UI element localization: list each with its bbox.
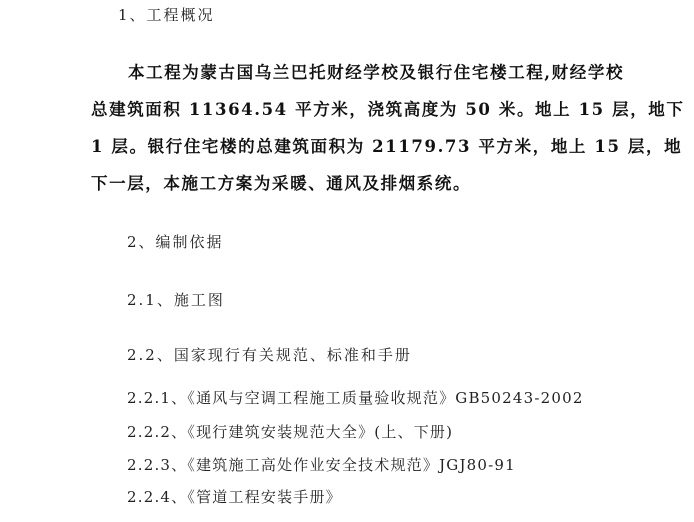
subsection-2-2: 2.2、国家现行有关规范、标准和手册 bbox=[127, 345, 412, 365]
paragraph-line-4: 下一层，本施工方案为采暖、通风及排烟系统。 bbox=[91, 174, 471, 194]
paragraph-line-3: 1 层。银行住宅楼的总建筑面积为 21179.73 平方米，地上 15 层，地 bbox=[91, 137, 682, 157]
reference-item: 2.2.1、《通风与空调工程施工质量验收规范》GB50243-2002 bbox=[127, 388, 584, 408]
section-2-heading: 2、编制依据 bbox=[127, 232, 224, 252]
reference-item: 2.2.3、《建筑施工高处作业安全技术规范》JGJ80-91 bbox=[127, 455, 516, 475]
reference-item: 2.2.2、《现行建筑安装规范大全》(上、下册) bbox=[127, 422, 453, 442]
paragraph-line-1: 本工程为蒙古国乌兰巴托财经学校及银行住宅楼工程,财经学校 bbox=[128, 63, 624, 83]
subsection-2-1: 2.1、施工图 bbox=[127, 290, 225, 310]
paragraph-line-2: 总建筑面积 11364.54 平方米，浇筑高度为 50 米。地上 15 层，地下 bbox=[91, 100, 685, 120]
reference-item: 2.2.4、《管道工程安装手册》 bbox=[127, 487, 342, 507]
section-1-heading: 1、工程概况 bbox=[118, 5, 215, 25]
